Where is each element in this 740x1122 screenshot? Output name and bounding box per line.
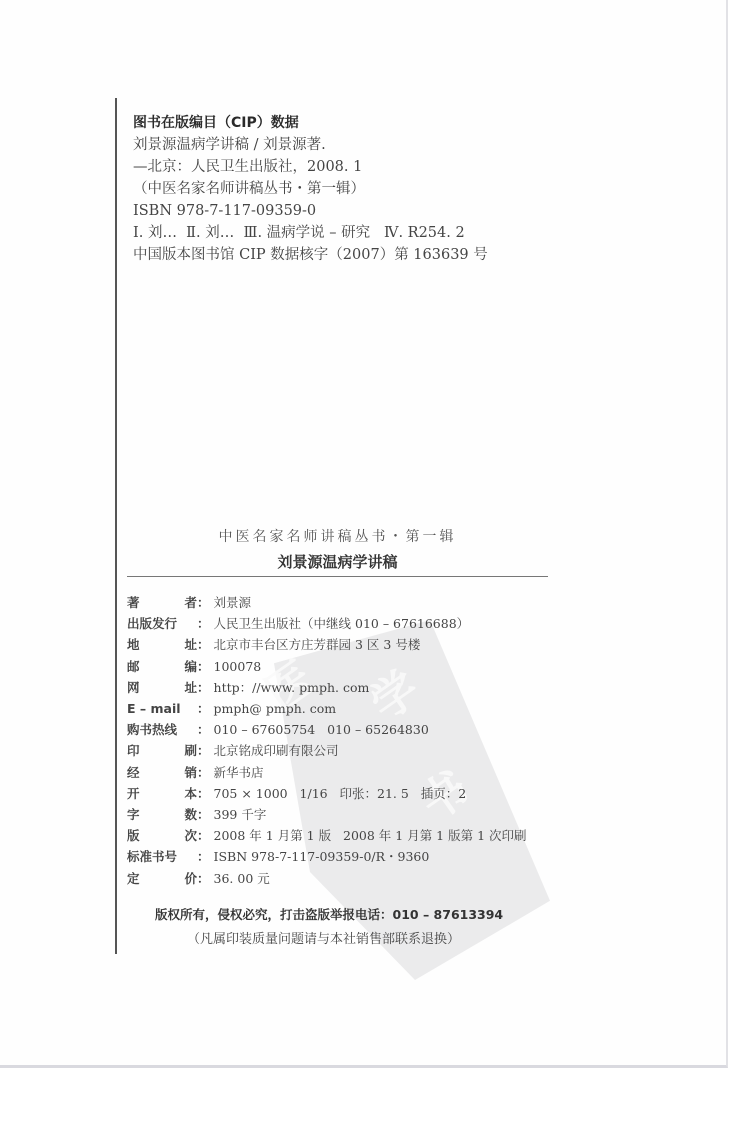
info-row-email: E – mail：pmph@ pmph. com: [127, 698, 527, 719]
divider: [127, 576, 548, 577]
info-row-publisher: 出版发行：人民卫生出版社（中继线 010 – 67616688）: [127, 613, 527, 634]
info-value: ISBN 978-7-117-09359-0/R・9360: [214, 846, 430, 867]
info-row-format: 开本：705 × 1000 1/16 印张：21. 5 插页：2: [127, 783, 527, 804]
info-row-distributor: 经销：新华书店: [127, 762, 527, 783]
book-page: 医 学 书 图书在版编目（CIP）数据 刘景源温病学讲稿 / 刘景源著. —北京…: [0, 0, 728, 1068]
cip-data-block: 图书在版编目（CIP）数据 刘景源温病学讲稿 / 刘景源著. —北京：人民卫生出…: [133, 112, 488, 266]
website-link[interactable]: http：//www. pmph. com: [214, 677, 370, 698]
label-char: 编: [184, 656, 197, 677]
label-char: 开: [127, 783, 140, 804]
book-title: 刘景源温病学讲稿: [127, 551, 548, 572]
label-char: 著: [127, 592, 140, 613]
label-text: E – mail: [127, 698, 181, 719]
colophon-info: 著者：刘景源 出版发行：人民卫生出版社（中继线 010 – 67616688） …: [127, 592, 527, 889]
label-char: 销: [184, 762, 197, 783]
return-note: （凡属印装质量问题请与本社销售部联系退换）: [187, 928, 460, 947]
label-char: 邮: [127, 656, 140, 677]
label-char: 本: [184, 783, 197, 804]
label-char: 字: [127, 804, 140, 825]
info-value: 010 – 67605754 010 – 65264830: [214, 719, 429, 740]
series-name: 中医名家名师讲稿丛书・第一辑: [127, 526, 548, 546]
email-link[interactable]: pmph@ pmph. com: [214, 698, 337, 719]
label-char: 定: [127, 868, 140, 889]
info-row-printer: 印刷：北京铭成印刷有限公司: [127, 740, 527, 761]
info-value: 36. 00 元: [214, 868, 270, 889]
info-value: 705 × 1000 1/16 印张：21. 5 插页：2: [214, 783, 467, 804]
info-row-website: 网址：http：//www. pmph. com: [127, 677, 527, 698]
info-value: 人民卫生出版社（中继线 010 – 67616688）: [214, 613, 470, 634]
label-char: 网: [127, 677, 140, 698]
copyright-notice: 版权所有，侵权必究，打击盗版举报电话：010 – 87613394: [155, 905, 503, 923]
label-char: 址: [184, 634, 197, 655]
info-row-postcode: 邮编：100078: [127, 656, 527, 677]
info-value: 北京市丰台区方庄芳群园 3 区 3 号楼: [214, 634, 421, 655]
info-value: 100078: [214, 656, 262, 677]
cip-line: 中国版本图书馆 CIP 数据核字（2007）第 163639 号: [133, 244, 488, 266]
label-char: 址: [184, 677, 197, 698]
margin-line: [115, 98, 117, 954]
label-text: 出版发行: [127, 613, 177, 634]
info-row-author: 著者：刘景源: [127, 592, 527, 613]
label-text: 标准书号: [127, 846, 177, 867]
cip-line: Ⅰ. 刘… Ⅱ. 刘… Ⅲ. 温病学说 – 研究 Ⅳ. R254. 2: [133, 222, 488, 244]
info-row-hotline: 购书热线：010 – 67605754 010 – 65264830: [127, 719, 527, 740]
label-char: 数: [184, 804, 197, 825]
cip-line: 刘景源温病学讲稿 / 刘景源著.: [133, 134, 488, 156]
label-char: 版: [127, 825, 140, 846]
info-row-edition: 版次：2008 年 1 月第 1 版 2008 年 1 月第 1 版第 1 次印…: [127, 825, 527, 846]
label-char: 地: [127, 634, 140, 655]
label-char: 经: [127, 762, 140, 783]
label-char: 印: [127, 740, 140, 761]
info-row-price: 定价：36. 00 元: [127, 868, 527, 889]
label-char: 次: [184, 825, 197, 846]
info-value: 新华书店: [214, 762, 264, 783]
cip-line: —北京：人民卫生出版社，2008. 1: [133, 156, 488, 178]
cip-line: （中医名家名师讲稿丛书・第一辑）: [133, 178, 488, 200]
cip-title: 图书在版编目（CIP）数据: [133, 112, 488, 134]
info-value: 北京铭成印刷有限公司: [214, 740, 339, 761]
info-row-isbn: 标准书号：ISBN 978-7-117-09359-0/R・9360: [127, 846, 527, 867]
info-value: 399 千字: [214, 804, 267, 825]
cip-line: ISBN 978-7-117-09359-0: [133, 200, 488, 222]
label-text: 购书热线: [127, 719, 177, 740]
label-char: 者: [184, 592, 197, 613]
info-value: 2008 年 1 月第 1 版 2008 年 1 月第 1 版第 1 次印刷: [214, 825, 527, 846]
info-value: 刘景源: [214, 592, 252, 613]
label-char: 刷: [184, 740, 197, 761]
info-row-wordcount: 字数：399 千字: [127, 804, 527, 825]
label-char: 价: [184, 868, 197, 889]
info-row-address: 地址：北京市丰台区方庄芳群园 3 区 3 号楼: [127, 634, 527, 655]
